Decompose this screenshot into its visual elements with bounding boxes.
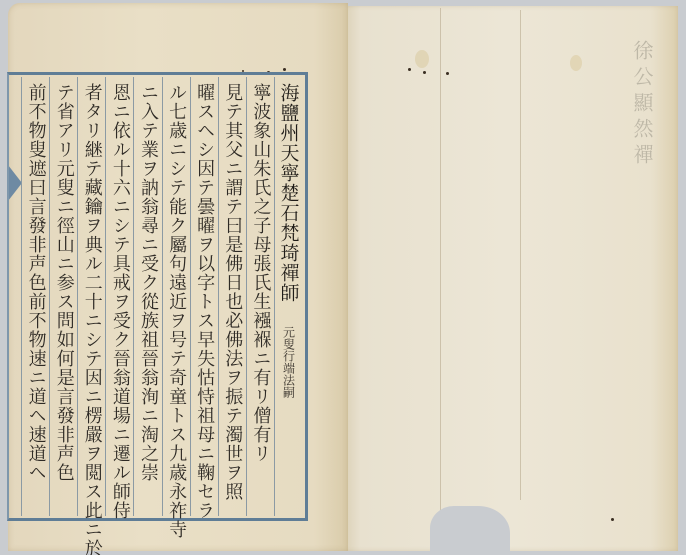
text-column: 寧波象山朱氏之子母張氏生襁褓ニ有リ僧有リ [246, 77, 274, 516]
column-text: 見テ其父ニ謂テ曰是佛日也必佛法ヲ振テ濁世ヲ照 [219, 77, 245, 516]
text-column: 者タリ継テ藏鑰ヲ典ル二十ニシテ因ニ楞嚴ヲ閲ス此ニ於 [77, 77, 105, 516]
text-column: テ省アリ元叟ニ徑山ニ参ス問如何是言發非声色 [49, 77, 77, 516]
wormhole [611, 518, 614, 521]
wormhole [408, 68, 411, 71]
fold-crease [520, 10, 521, 500]
column-text: 前不物叟遮曰言發非声色前不物速ニ道ヘ速道ヘ [23, 77, 49, 516]
text-column: 曜スヘシ因テ曇曜ヲ以字トス早失怙恃祖母ニ鞠セラ [190, 77, 218, 516]
column-text: 寧波象山朱氏之子母張氏生襁褓ニ有リ僧有リ [247, 77, 273, 516]
fold-crease [440, 8, 441, 548]
text-column: ニ入テ業ヲ訥翁尋ニ受ク從族祖晉翁洵ニ淘之崇 [133, 77, 161, 516]
text-column: 恩ニ依ル十六ニシテ具戒ヲ受ク晉翁道場ニ遷ル師侍 [105, 77, 133, 516]
wormhole [446, 72, 449, 75]
text-column: ル七歳ニシテ能ク屬句遠近ヲ号テ奇童トス九歳永祚寺 [162, 77, 190, 516]
column-text: 恩ニ依ル十六ニシテ具戒ヲ受ク晉翁道場ニ遷ル師侍 [107, 77, 133, 516]
text-frame: 海鹽州天寧楚石梵琦禪師 元叟行端法嗣 寧波象山朱氏之子母張氏生襁褓ニ有リ僧有リ … [7, 72, 308, 521]
book-spread: 徐公顯然禪 海鹽州天寧楚石梵琦禪師 元叟行端法嗣 寧波象山朱氏之子母張氏生襁褓ニ… [0, 0, 686, 555]
column-text: 曜スヘシ因テ曇曜ヲ以字トス早失怙恃祖母ニ鞠セラ [191, 77, 217, 516]
paper-stain [570, 55, 582, 71]
show-through-text: 徐公顯然禪 [628, 40, 657, 170]
torn-hole [430, 506, 510, 555]
column-text: ル七歳ニシテ能ク屬句遠近ヲ号テ奇童トス九歳永祚寺 [163, 77, 189, 516]
wormhole [423, 71, 426, 74]
lineage-note: 元叟行端法嗣 [281, 326, 295, 398]
wormhole [283, 68, 286, 71]
text-column: 前不物叟遮曰言發非声色前不物速ニ道ヘ速道ヘ [21, 77, 49, 516]
text-columns: 海鹽州天寧楚石梵琦禪師 元叟行端法嗣 寧波象山朱氏之子母張氏生襁褓ニ有リ僧有リ … [21, 77, 302, 516]
paper-stain [415, 50, 429, 68]
chapter-title: 海鹽州天寧楚石梵琦禪師 [277, 83, 299, 303]
title-column: 海鹽州天寧楚石梵琦禪師 元叟行端法嗣 [274, 77, 302, 516]
column-text: テ省アリ元叟ニ徑山ニ参ス問如何是言發非声色 [51, 77, 77, 516]
column-text: 者タリ継テ藏鑰ヲ典ル二十ニシテ因ニ楞嚴ヲ閲ス此ニ於 [79, 77, 105, 516]
text-column: 見テ其父ニ謂テ曰是佛日也必佛法ヲ振テ濁世ヲ照 [218, 77, 246, 516]
column-text: ニ入テ業ヲ訥翁尋ニ受ク從族祖晉翁洵ニ淘之崇 [135, 77, 161, 516]
